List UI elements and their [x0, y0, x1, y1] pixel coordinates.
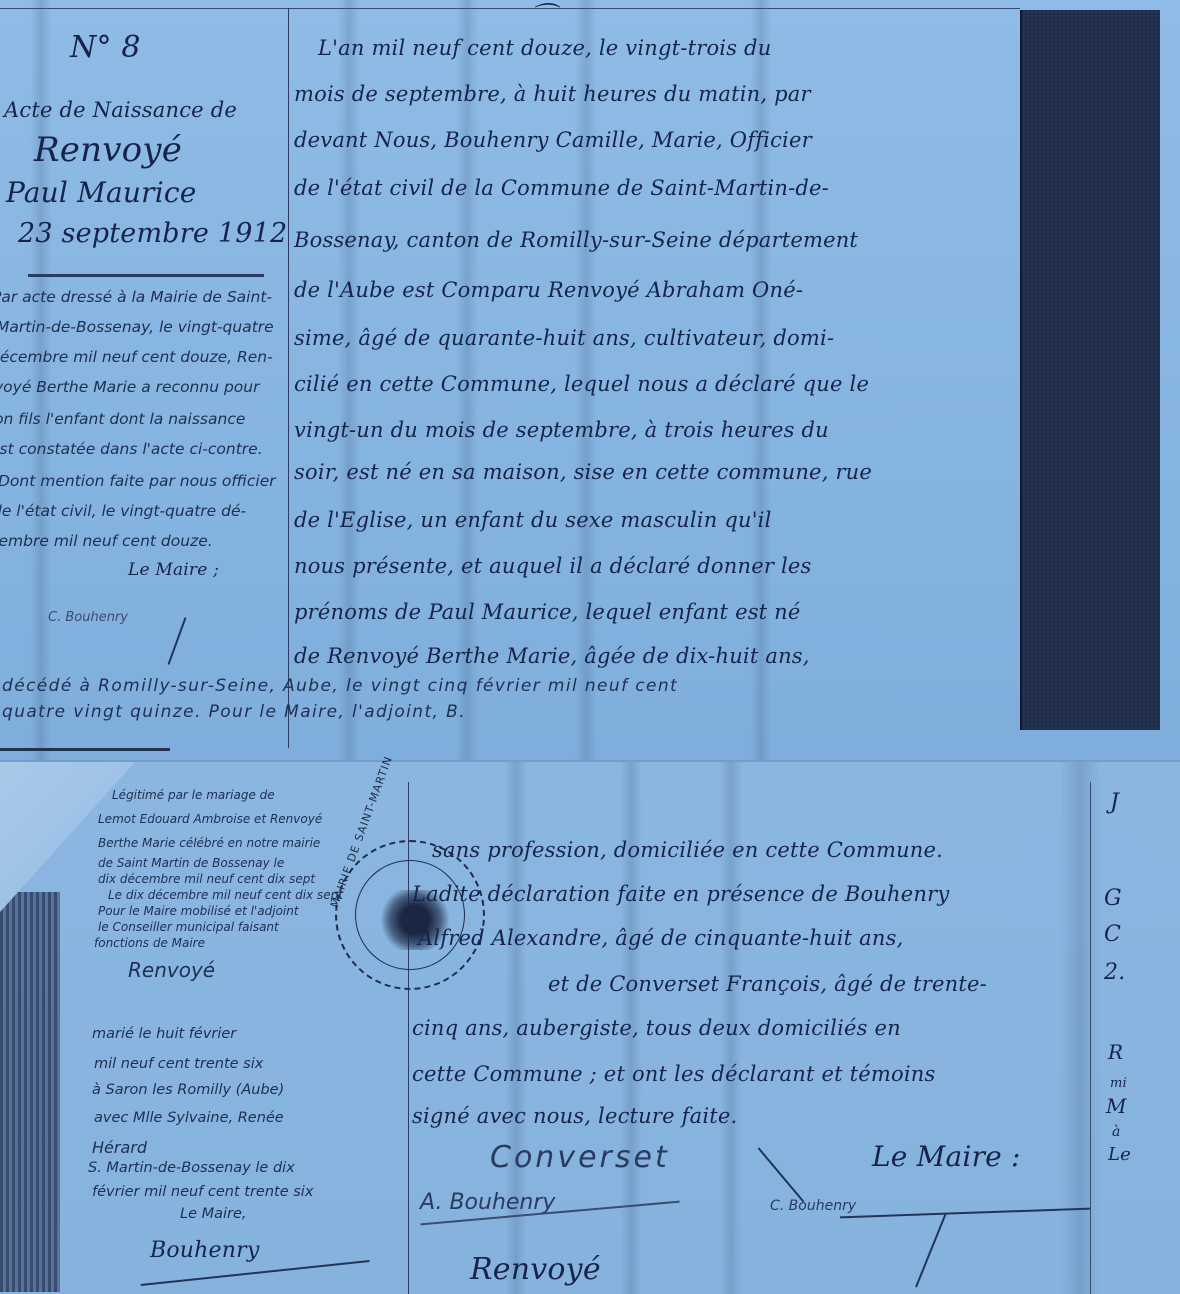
act-body-line: signé avec nous, lecture faite. — [412, 1104, 737, 1128]
edge-fragment: 2. — [1104, 960, 1125, 985]
dark-binding-strip — [1020, 10, 1160, 730]
edge-fragment: mi — [1110, 1076, 1127, 1091]
act-body-line: Bossenay, canton de Romilly-sur-Seine dé… — [294, 228, 858, 252]
top-rule — [0, 8, 1020, 9]
flourish-ornament: ⌒ — [530, 0, 556, 33]
margin-note-line: Dont mention faite par nous officier — [0, 472, 276, 490]
act-body-line: vingt-un du mois de septembre, à trois h… — [294, 418, 829, 442]
signature-stroke — [167, 617, 186, 664]
edge-fragment: G — [1104, 886, 1122, 911]
legitimation-line: Lemot Edouard Ambroise et Renvoyé — [98, 812, 322, 826]
edge-fragment: R — [1108, 1040, 1123, 1064]
act-body-line: soir, est né en sa maison, sise en cette… — [294, 460, 872, 484]
margin-note-line: Martin-de-Bossenay, le vingt-quatre — [0, 318, 274, 336]
register-page-top: ⌒ N° 8 Acte de Naissance de Renvoyé Paul… — [0, 0, 1180, 760]
act-body-line: prénoms de Paul Maurice, lequel enfant e… — [294, 600, 801, 624]
act-number: N° 8 — [70, 30, 141, 65]
marriage-note-line: S. Martin-de-Bossenay le dix — [88, 1160, 295, 1176]
legitimation-line: dix décembre mil neuf cent dix sept — [98, 872, 315, 886]
marriage-note-line: Le Maire, — [180, 1206, 247, 1222]
act-body-line: L'an mil neuf cent douze, le vingt-trois… — [318, 36, 771, 60]
margin-note-line: décembre mil neuf cent douze, Ren- — [0, 348, 273, 366]
act-body-line: de l'Aube est Comparu Renvoyé Abraham On… — [294, 278, 803, 302]
act-title: Acte de Naissance de — [4, 98, 237, 122]
margin-note-line: voyé Berthe Marie a reconnu pour — [0, 378, 259, 396]
legitimation-line: le Conseiller municipal faisant — [98, 920, 279, 934]
marriage-note-line: Hérard — [92, 1138, 147, 1157]
act-body-line: sans profession, domiciliée en cette Com… — [432, 838, 943, 862]
legitimation-line: de Saint Martin de Bossenay le — [98, 856, 284, 870]
edge-fragment: Le — [1108, 1144, 1131, 1165]
marriage-note-line: à Saron les Romilly (Aube) — [92, 1082, 284, 1098]
declarant-signature: Renvoyé — [470, 1252, 601, 1287]
margin-note-line: Par acte dressé à la Mairie de Saint- — [0, 288, 272, 306]
margin-column-rule — [288, 8, 289, 748]
marriage-note-line: avec Mlle Sylvaine, Renée — [94, 1110, 284, 1126]
legitimation-line: Pour le Maire mobilisé et l'adjoint — [98, 904, 299, 918]
legitimation-line: fonctions de Maire — [94, 936, 205, 950]
fold-shadow — [1060, 762, 1100, 1294]
right-column-rule — [1090, 782, 1091, 1294]
act-body-line: de l'état civil de la Commune de Saint-M… — [294, 176, 829, 200]
act-body-line: cinq ans, aubergiste, tous deux domicili… — [412, 1016, 901, 1040]
given-names-heading: Paul Maurice — [6, 176, 197, 209]
act-body-line: mois de septembre, à huit heures du mati… — [294, 82, 811, 106]
margin-surname: Renvoyé — [128, 958, 215, 982]
legitimation-line: Légitimé par le mariage de — [112, 788, 275, 802]
surname-heading: Renvoyé — [34, 130, 182, 170]
mayor-label: Le Maire ; — [128, 560, 219, 580]
margin-note-line: son fils l'enfant dont la naissance — [0, 410, 245, 428]
margin-note-line: cembre mil neuf cent douze. — [0, 532, 213, 550]
act-body-line: de Renvoyé Berthe Marie, âgée de dix-hui… — [294, 644, 810, 668]
mayor-label: Le Maire : — [872, 1140, 1021, 1173]
margin-signature: Bouhenry — [150, 1238, 259, 1263]
legitimation-line: Le dix décembre mil neuf cent dix sept — [108, 888, 343, 902]
edge-fragment: J — [1110, 790, 1119, 815]
act-body-line: Alfred Alexandre, âgé de cinquante-huit … — [418, 926, 903, 950]
act-body-line: devant Nous, Bouhenry Camille, Marie, Of… — [294, 128, 812, 152]
margin-title-underline — [28, 274, 264, 277]
mayor-signature: C. Bouhenry — [48, 610, 128, 625]
edge-fragment: M — [1106, 1094, 1127, 1118]
legitimation-line: Berthe Marie célébré en notre mairie — [98, 836, 320, 850]
death-note-line: décédé à Romilly-sur-Seine, Aube, le vin… — [2, 676, 678, 696]
page-edge-strip — [0, 892, 60, 1292]
act-body-line: sime, âgé de quarante-huit ans, cultivat… — [294, 326, 834, 350]
act-body-line: nous présente, et auquel il a déclaré do… — [294, 554, 812, 578]
marriage-note-line: marié le huit février — [92, 1026, 236, 1042]
edge-fragment: à — [1112, 1124, 1121, 1140]
act-body-line: cette Commune ; et ont les déclarant et … — [412, 1062, 935, 1086]
margin-note-line: est constatée dans l'acte ci-contre. — [0, 440, 263, 458]
mayor-signature: C. Bouhenry — [770, 1198, 856, 1214]
marriage-note-line: mil neuf cent trente six — [94, 1056, 263, 1072]
act-body-line: et de Converset François, âgé de trente- — [548, 972, 987, 996]
edge-fragment: C — [1104, 922, 1121, 947]
witness-signature: A. Bouhenry — [420, 1190, 555, 1215]
death-note-line: quatre vingt quinze. Pour le Maire, l'ad… — [2, 702, 466, 722]
witness-signature: Converset — [490, 1140, 670, 1175]
margin-note-line: de l'état civil, le vingt-quatre dé- — [0, 502, 246, 520]
act-body-line: Ladite déclaration faite en présence de … — [412, 882, 949, 906]
act-body-line: cilié en cette Commune, lequel nous a dé… — [294, 372, 869, 396]
act-body-line: de l'Eglise, un enfant du sexe masculin … — [294, 508, 772, 532]
bottom-rule — [0, 748, 170, 751]
birth-date-heading: 23 septembre 1912 — [18, 218, 287, 249]
marriage-note-line: février mil neuf cent trente six — [92, 1184, 313, 1200]
